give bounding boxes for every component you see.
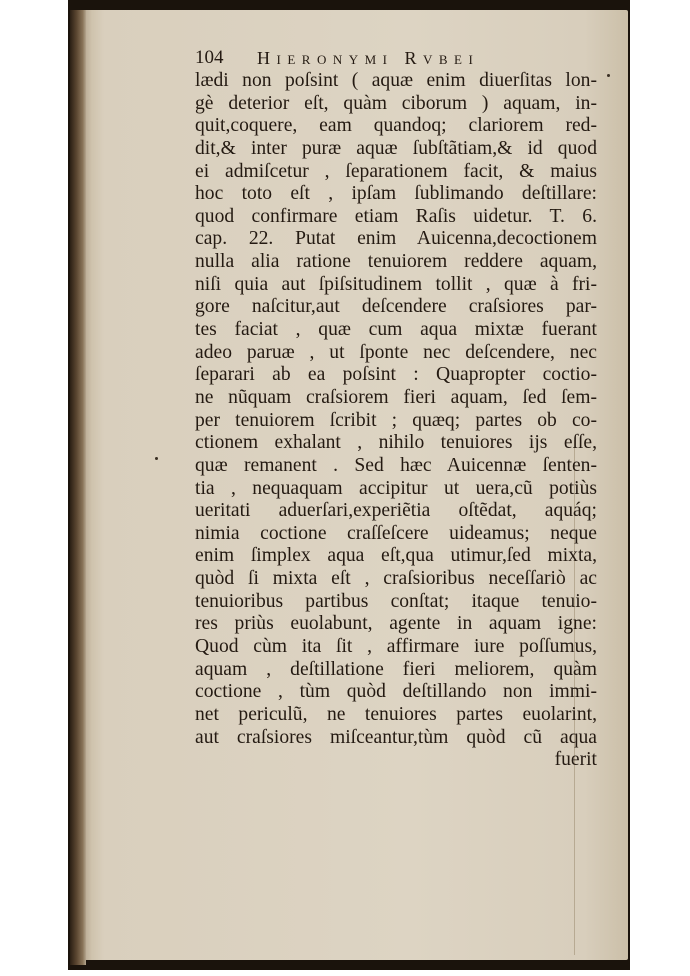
text-line: tia , nequaquam accipitur ut uera,cũ pot… — [195, 478, 597, 501]
text-line: per tenuiorem ſcribit ; quæq; partes ob … — [195, 410, 597, 433]
running-head: Hieronymi Rvbei — [257, 47, 479, 70]
text-line: nimia coctione craſſeſcere uideamus; neq… — [195, 523, 597, 546]
text-line: quòd ſi mixta eſt , craſsioribus neceſſa… — [195, 568, 597, 591]
text-line: lædi non poſsint ( aquæ enim diuerſitas … — [195, 70, 597, 93]
text-line: net periculũ, ne tenuiores partes euolar… — [195, 704, 597, 727]
paper-speck — [155, 457, 158, 460]
text-line: nulla alia ratione tenuiorem reddere aqu… — [195, 251, 597, 274]
text-line: ei admiſcetur , ſeparationem facit, & ma… — [195, 161, 597, 184]
text-line: ctionem exhalant , nihilo tenuiores ijs … — [195, 432, 597, 455]
page-number: 104 — [195, 47, 257, 70]
text-line: res priùs euolabunt, agente in aquam ign… — [195, 613, 597, 636]
text-line: niſi quia aut ſpiſsitudinem tollit , quæ… — [195, 274, 597, 297]
text-line: aut craſsiores miſceantur,tùm quòd cũ aq… — [195, 727, 597, 750]
text-line: dit,& inter puræ aquæ ſubſtãtiam,& id qu… — [195, 138, 597, 161]
page-text-block: 104 Hieronymi Rvbei lædi non poſsint ( a… — [195, 46, 597, 772]
page-header: 104 Hieronymi Rvbei — [195, 46, 597, 70]
text-line: tenuioribus partibus conſtat; itaque ten… — [195, 591, 597, 614]
text-line: coctione , tùm quòd deſtillando non immi… — [195, 681, 597, 704]
text-line: ſeparari ab ea poſsint : Quapropter coct… — [195, 364, 597, 387]
text-line: ueritati aduerſari,experiẽtia oſtẽdat, a… — [195, 500, 597, 523]
text-line: hoc toto eſt , ipſam ſublimando deſtilla… — [195, 183, 597, 206]
body-text: lædi non poſsint ( aquæ enim diuerſitas … — [195, 70, 597, 772]
text-line: quit,coquere, eam quandoq; clariorem red… — [195, 115, 597, 138]
text-line: tes faciat , quæ cum aqua mixtæ fuerant — [195, 319, 597, 342]
text-line: cap. 22. Putat enim Auicenna,decoctionem — [195, 228, 597, 251]
text-line: gore naſcitur,aut deſcendere craſsiores … — [195, 296, 597, 319]
text-line: quæ remanent . Sed hæc Auicennæ ſenten- — [195, 455, 597, 478]
book-spine-gutter — [70, 10, 86, 965]
paper-speck — [607, 74, 610, 77]
text-line: Quod cùm ita ſit , affirmare iure poſſum… — [195, 636, 597, 659]
text-line: adeo paruæ , ut ſponte nec deſcendere, n… — [195, 342, 597, 365]
text-line: gè deterior eſt, quàm ciborum ) aquam, i… — [195, 93, 597, 116]
text-line: quod confirmare etiam Raſis uidetur. T. … — [195, 206, 597, 229]
text-line: enim ſimplex aqua eſt,qua utimur,ſed mix… — [195, 545, 597, 568]
text-line: aquam , deſtillatione fieri meliorem, qu… — [195, 659, 597, 682]
catchword: fuerit — [195, 749, 597, 772]
text-line: ne nũquam craſsiorem fieri aquam, ſed ſe… — [195, 387, 597, 410]
